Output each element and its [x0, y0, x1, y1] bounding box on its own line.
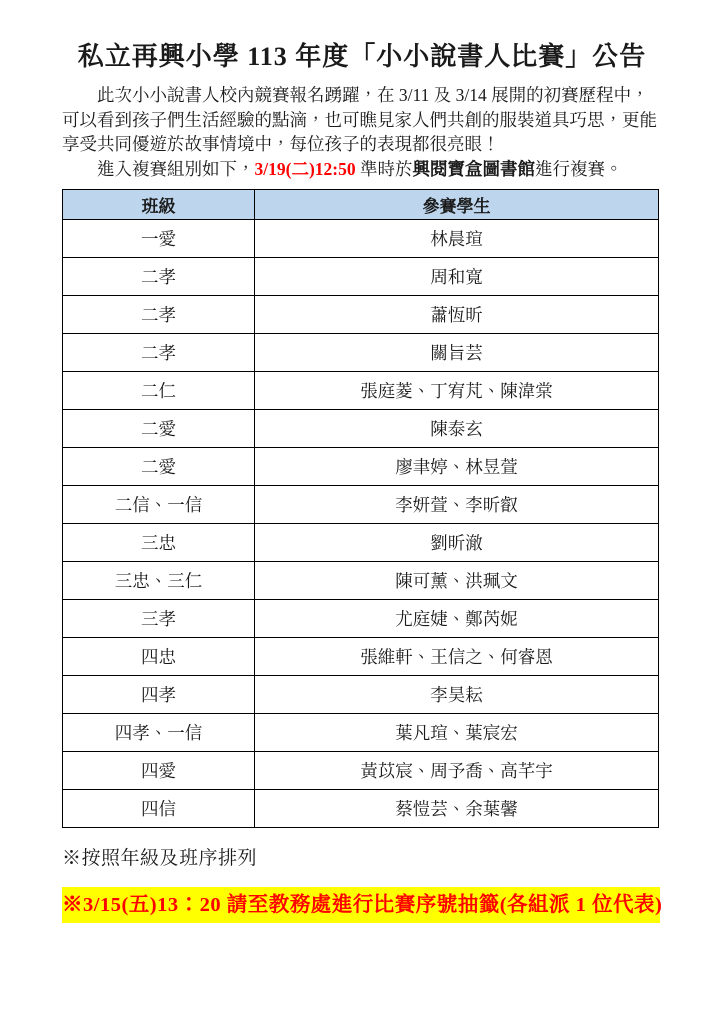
contestants-table-head: 班級 參賽學生: [63, 190, 659, 220]
students-cell: 蕭恆昕: [255, 296, 659, 334]
students-cell: 張維軒、王信之、何睿恩: [255, 638, 659, 676]
students-cell: 李昊耘: [255, 676, 659, 714]
table-row: 四信蔡愷芸、余葉馨: [63, 790, 659, 828]
table-row: 四孝李昊耘: [63, 676, 659, 714]
table-row: 二孝蕭恆昕: [63, 296, 659, 334]
table-row: 四忠張維軒、王信之、何睿恩: [63, 638, 659, 676]
class-cell: 四孝: [63, 676, 255, 714]
line4-suffix: 進行複賽。: [535, 159, 623, 179]
table-row: 二愛陳泰玄: [63, 410, 659, 448]
header-students: 參賽學生: [255, 190, 659, 220]
class-cell: 二孝: [63, 258, 255, 296]
students-cell: 林晨瑄: [255, 220, 659, 258]
table-row: 二孝周和寬: [63, 258, 659, 296]
students-cell: 葉凡瑄、葉宸宏: [255, 714, 659, 752]
table-row: 二仁張庭菱、丁宥芃、陳湋棠: [63, 372, 659, 410]
paragraph-line-2: 可以看到孩子們生活經驗的點滴，也可瞧見家人們共創的服裝道具巧思，更能: [62, 108, 662, 133]
students-cell: 關旨芸: [255, 334, 659, 372]
table-row: 二愛廖聿婷、林昱萱: [63, 448, 659, 486]
students-cell: 蔡愷芸、余葉馨: [255, 790, 659, 828]
class-cell: 三忠、三仁: [63, 562, 255, 600]
semifinal-datetime: 3/19(二)12:50: [255, 159, 356, 179]
students-cell: 劉昕澈: [255, 524, 659, 562]
table-row: 一愛林晨瑄: [63, 220, 659, 258]
class-cell: 二孝: [63, 334, 255, 372]
paragraph-line-4: 進入複賽組別如下，3/19(二)12:50 準時於興閱寶盒圖書館進行複賽。: [62, 157, 662, 182]
class-cell: 四孝、一信: [63, 714, 255, 752]
class-cell: 二信、一信: [63, 486, 255, 524]
students-cell: 周和寬: [255, 258, 659, 296]
students-cell: 黃苡宸、周予喬、高芊宇: [255, 752, 659, 790]
header-class: 班級: [63, 190, 255, 220]
sort-footnote: ※按照年級及班序排列: [62, 843, 662, 870]
table-row: 四孝、一信葉凡瑄、葉宸宏: [63, 714, 659, 752]
table-row: 三忠、三仁陳可薰、洪珮文: [63, 562, 659, 600]
students-cell: 尤庭婕、鄭芮妮: [255, 600, 659, 638]
class-cell: 二愛: [63, 448, 255, 486]
class-cell: 二愛: [63, 410, 255, 448]
table-row: 四愛黃苡宸、周予喬、高芊宇: [63, 752, 659, 790]
library-name: 興閱寶盒圖書館: [412, 159, 535, 179]
class-cell: 四愛: [63, 752, 255, 790]
class-cell: 三忠: [63, 524, 255, 562]
paragraph-line-3: 享受共同優遊於故事情境中，每位孩子的表現都很亮眼！: [62, 132, 662, 157]
class-cell: 四信: [63, 790, 255, 828]
class-cell: 一愛: [63, 220, 255, 258]
lottery-notice: ※3/15(五)13：20 請至教務處進行比賽序號抽籤(各組派 1 位代表): [62, 887, 660, 923]
class-cell: 二孝: [63, 296, 255, 334]
table-row: 二孝關旨芸: [63, 334, 659, 372]
students-cell: 廖聿婷、林昱萱: [255, 448, 659, 486]
contestants-table: 班級 參賽學生 一愛林晨瑄二孝周和寬二孝蕭恆昕二孝關旨芸二仁張庭菱、丁宥芃、陳湋…: [62, 189, 659, 828]
page-title: 私立再興小學 113 年度「小小說書人比賽」公告: [62, 36, 662, 73]
class-cell: 四忠: [63, 638, 255, 676]
table-row: 二信、一信李妍萱、李昕叡: [63, 486, 659, 524]
table-row: 三忠劉昕澈: [63, 524, 659, 562]
students-cell: 陳泰玄: [255, 410, 659, 448]
table-row: 三孝尤庭婕、鄭芮妮: [63, 600, 659, 638]
contestants-table-body: 一愛林晨瑄二孝周和寬二孝蕭恆昕二孝關旨芸二仁張庭菱、丁宥芃、陳湋棠二愛陳泰玄二愛…: [63, 220, 659, 828]
announcement-document: 私立再興小學 113 年度「小小說書人比賽」公告 此次小小說書人校內競賽報名踴躍…: [0, 0, 724, 1024]
header-row: 班級 參賽學生: [63, 190, 659, 220]
line4-prefix: 進入複賽組別如下，: [97, 159, 255, 179]
line4-mid: 準時於: [356, 159, 413, 179]
paragraph-line-1: 此次小小說書人校內競賽報名踴躍，在 3/11 及 3/14 展開的初賽歷程中，: [62, 83, 662, 108]
class-cell: 二仁: [63, 372, 255, 410]
intro-paragraph: 此次小小說書人校內競賽報名踴躍，在 3/11 及 3/14 展開的初賽歷程中， …: [62, 83, 662, 181]
class-cell: 三孝: [63, 600, 255, 638]
students-cell: 陳可薰、洪珮文: [255, 562, 659, 600]
students-cell: 李妍萱、李昕叡: [255, 486, 659, 524]
students-cell: 張庭菱、丁宥芃、陳湋棠: [255, 372, 659, 410]
